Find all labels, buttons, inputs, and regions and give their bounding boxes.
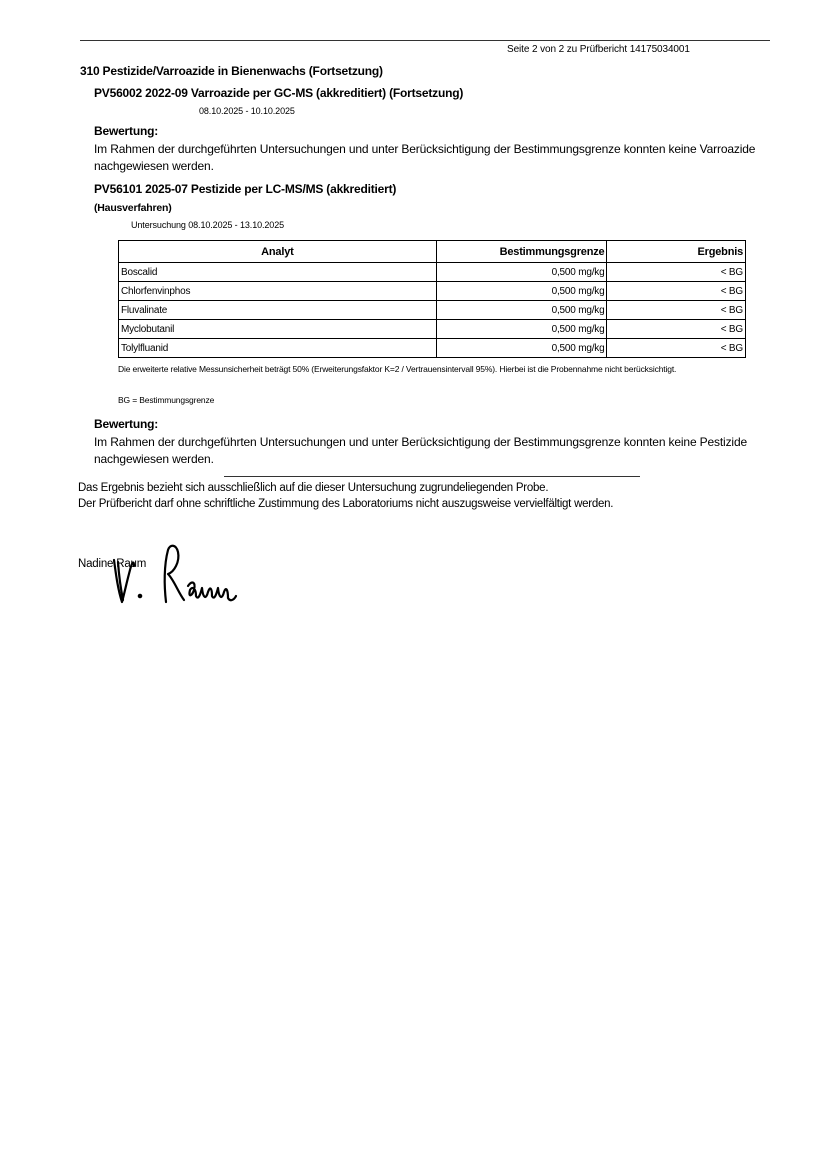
analyt-cell: Chlorfenvinphos: [119, 282, 437, 301]
analyt-cell: Fluvalinate: [119, 301, 437, 320]
table-row: Chlorfenvinphos 0,500 mg/kg < BG: [119, 282, 746, 301]
results-table: Analyt Bestimmungsgrenze Ergebnis Boscal…: [118, 240, 746, 358]
table-row: Myclobutanil 0,500 mg/kg < BG: [119, 320, 746, 339]
limit-cell: 0,500 mg/kg: [436, 282, 607, 301]
method1-assessment-label: Bewertung:: [94, 124, 158, 138]
abbreviation-note: BG = Bestimmungsgrenze: [118, 393, 758, 407]
analyt-cell: Boscalid: [119, 263, 437, 282]
result-cell: < BG: [607, 320, 746, 339]
header-ergebnis: Ergebnis: [607, 241, 746, 263]
method2-assessment-text: Im Rahmen der durchgeführten Untersuchun…: [94, 434, 759, 468]
analyt-cell: Myclobutanil: [119, 320, 437, 339]
header-analyt: Analyt: [119, 241, 437, 263]
separator-rule: [224, 476, 640, 477]
table-row: Fluvalinate 0,500 mg/kg < BG: [119, 301, 746, 320]
result-cell: < BG: [607, 263, 746, 282]
table-row: Boscalid 0,500 mg/kg < BG: [119, 263, 746, 282]
signature-image: [108, 540, 268, 610]
analyt-cell: Tolylfluanid: [119, 339, 437, 358]
limit-cell: 0,500 mg/kg: [436, 339, 607, 358]
method2-assessment-label: Bewertung:: [94, 417, 158, 431]
table-header-row: Analyt Bestimmungsgrenze Ergebnis: [119, 241, 746, 263]
result-cell: < BG: [607, 282, 746, 301]
limit-cell: 0,500 mg/kg: [436, 301, 607, 320]
limit-cell: 0,500 mg/kg: [436, 320, 607, 339]
method2-subtitle: (Hausverfahren): [94, 202, 172, 214]
result-cell: < BG: [607, 301, 746, 320]
disclaimer-line-1: Das Ergebnis bezieht sich ausschließlich…: [78, 482, 548, 494]
method2-title: PV56101 2025-07 Pestizide per LC-MS/MS (…: [94, 182, 396, 196]
method1-assessment-text: Im Rahmen der durchgeführten Untersuchun…: [94, 141, 759, 175]
section-title: 310 Pestizide/Varroazide in Bienenwachs …: [80, 64, 383, 78]
result-cell: < BG: [607, 339, 746, 358]
header-rule: [80, 40, 770, 41]
method1-dates: 08.10.2025 - 10.10.2025: [199, 106, 295, 116]
page-header: Seite 2 von 2 zu Prüfbericht 14175034001: [507, 44, 690, 55]
disclaimer-line-2: Der Prüfbericht darf ohne schriftliche Z…: [78, 498, 613, 510]
table-row: Tolylfluanid 0,500 mg/kg < BG: [119, 339, 746, 358]
limit-cell: 0,500 mg/kg: [436, 263, 607, 282]
method2-dates: Untersuchung 08.10.2025 - 13.10.2025: [131, 220, 284, 230]
uncertainty-footnote: Die erweiterte relative Messunsicherheit…: [118, 362, 758, 376]
header-bestimmungsgrenze: Bestimmungsgrenze: [436, 241, 607, 263]
method1-title: PV56002 2022-09 Varroazide per GC-MS (ak…: [94, 86, 463, 100]
